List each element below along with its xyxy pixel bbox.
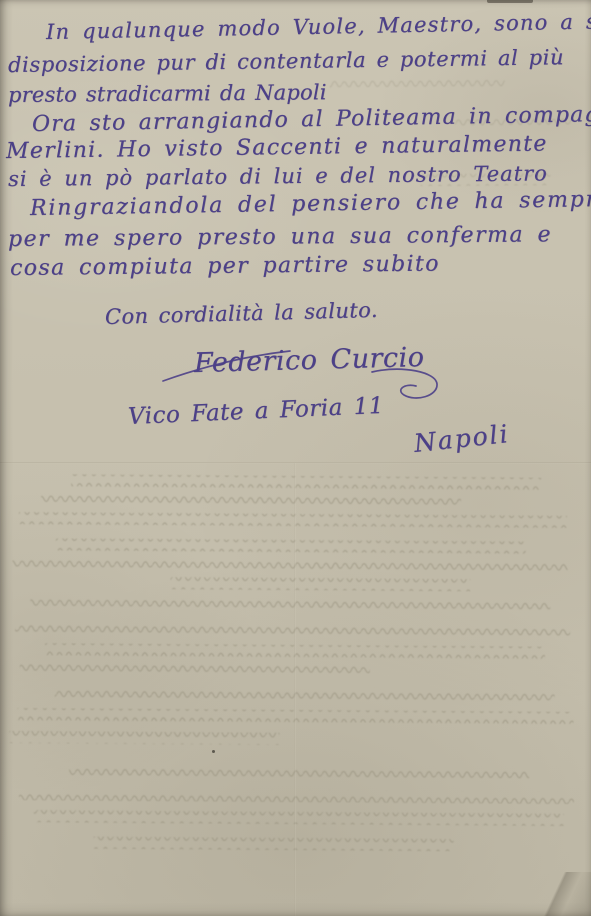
letter-line: presto stradicarmi da Napoli: [8, 82, 327, 106]
scan-edge-smudge: [487, 0, 533, 3]
letter-line: cosa compiuta per partire subito: [10, 253, 440, 280]
letter-page: In qualunque modo Vuole, Maestro, sono a…: [0, 0, 591, 916]
closing-salutation: Con cordialità la saluto.: [105, 300, 378, 328]
signature: Federico Curcio: [194, 344, 425, 377]
letter-line: In qualunque modo Vuole, Maestro, sono a…: [46, 11, 591, 43]
letter-line: disposizione pur di contentarla e poterm…: [8, 47, 564, 76]
city-line: Napoli: [413, 421, 511, 456]
letter-line: Ringraziandola del pensiero che ha sempr…: [30, 189, 591, 220]
letter-line: per me spero presto una sua conferma e: [8, 224, 552, 251]
ink-speck: [212, 750, 215, 753]
vertical-fold-crease: [294, 463, 296, 916]
address-line: Vico Fate a Foria 11: [127, 395, 384, 429]
corner-fold-shadow: [513, 872, 591, 916]
letter-line: si è un pò parlato di lui e del nostro T…: [8, 163, 548, 190]
letter-line: Merlini. Ho visto Saccenti e naturalment…: [6, 133, 548, 163]
